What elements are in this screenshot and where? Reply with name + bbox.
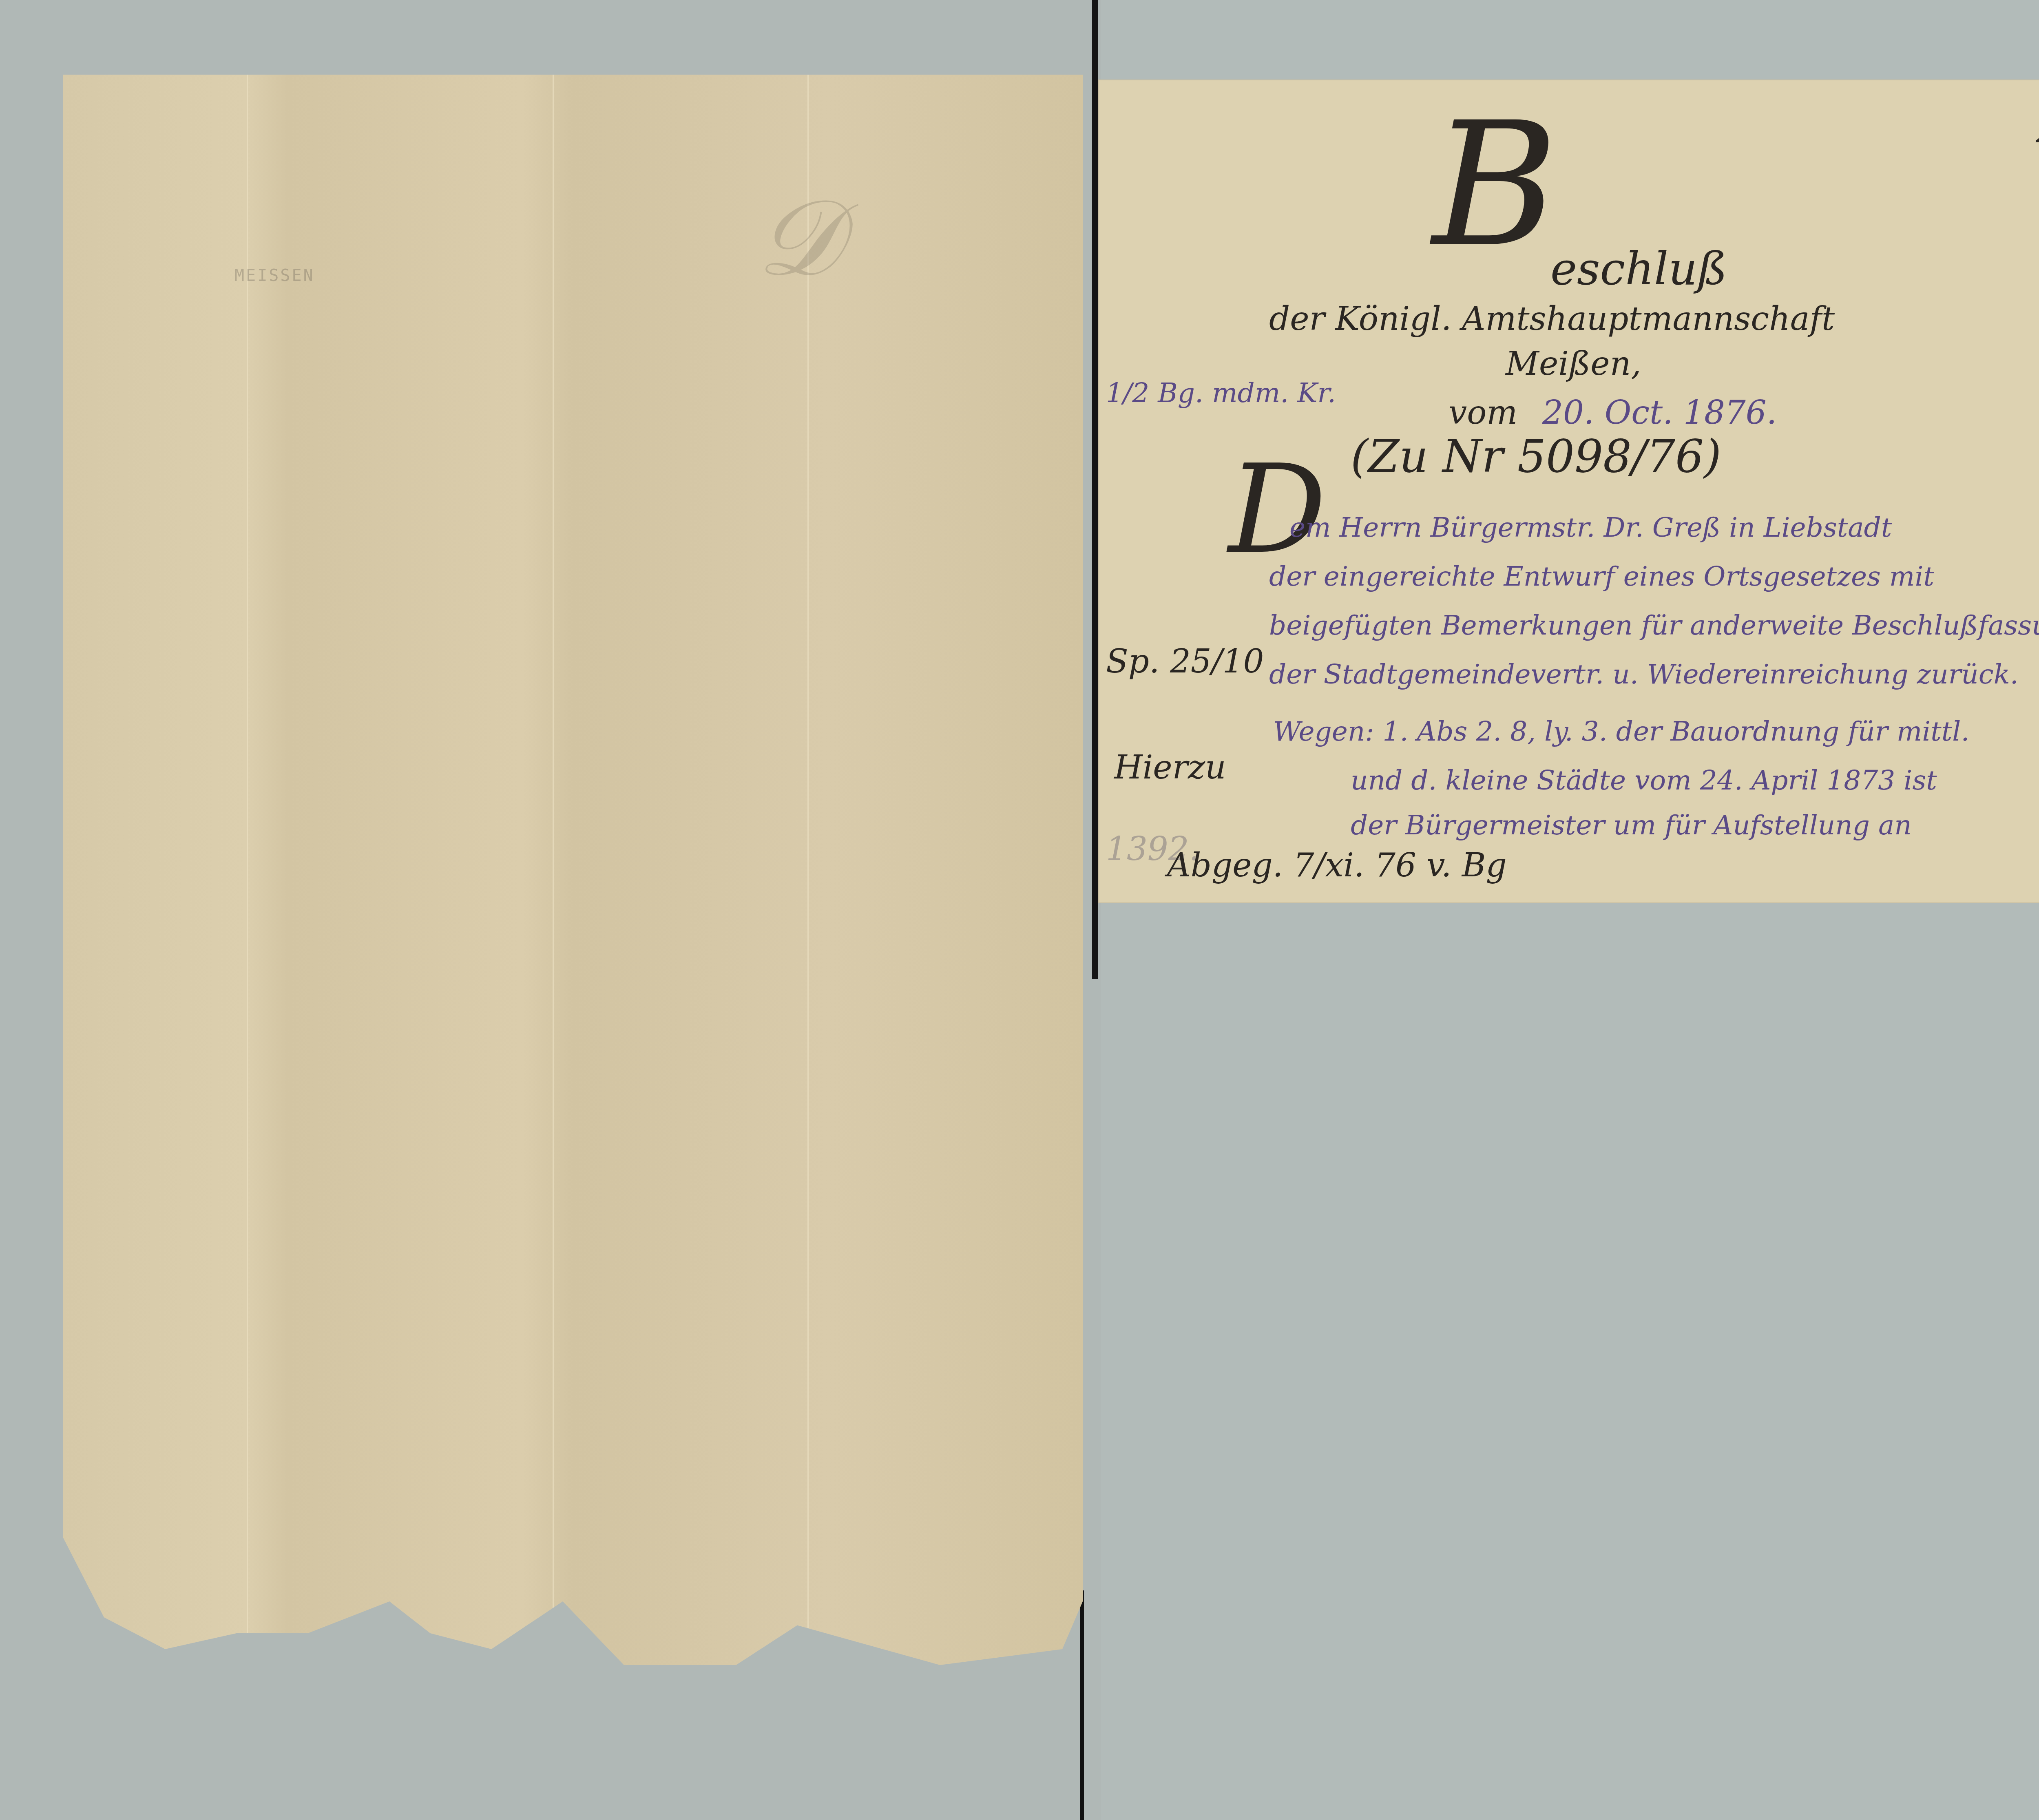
margin-note-top: 1/2 Bg. mdm. Kr. xyxy=(1106,377,1336,409)
folio-number: 2 xyxy=(2036,112,2039,150)
heading-authority: der Königl. Amtshauptmannschaft xyxy=(1269,300,1835,338)
fold-line xyxy=(807,75,809,1665)
left-page-verso: MEISSEN 𝒟 xyxy=(63,75,1083,1665)
stamp-bleedthrough: MEISSEN xyxy=(234,266,315,285)
heading-place: Meißen, xyxy=(1506,345,1641,383)
ghost-initial: 𝒟 xyxy=(756,177,841,301)
body-line: beigefügten Bemerkungen für anderweite B… xyxy=(1269,610,2039,641)
body-initial: D xyxy=(1228,438,1327,581)
footer-dispatch-note: Abgeg. 7/xi. 76 v. Bg xyxy=(1167,846,1507,884)
margin-note-hierzu: Hierzu xyxy=(1114,748,1226,786)
body-line: und d. kleine Städte vom 24. April 1873 … xyxy=(1351,765,1937,796)
binding-spine xyxy=(1092,0,1098,979)
fold-line xyxy=(553,75,554,1665)
margin-note-sp: Sp. 25/10 xyxy=(1106,642,1264,680)
date: 20. Oct. 1876. xyxy=(1542,394,1777,431)
body-line: der Bürgermeister um für Aufstellung an xyxy=(1351,809,1912,841)
body-line: Wegen: 1. Abs 2. 8, ly. 3. der Bauordnun… xyxy=(1273,716,1969,747)
fold-line xyxy=(247,75,248,1665)
reference-number: (Zu Nr 5098/76) xyxy=(1351,430,1721,482)
heading-initial: B xyxy=(1432,100,1558,271)
body-line: der eingereichte Entwurf eines Ortsgeset… xyxy=(1269,561,1934,592)
date-prefix: vom xyxy=(1449,394,1517,431)
body-line: der Stadtgemeindevertr. u. Wiedereinreic… xyxy=(1269,659,2019,690)
binding-spine-lower xyxy=(1080,1590,1084,1820)
right-page-recto: 2 B eschluß der Königl. Amtshauptmannsch… xyxy=(1098,80,2039,903)
body-line: em Herrn Bürgermstr. Dr. Greß in Liebsta… xyxy=(1289,512,1892,543)
heading-title: eschluß xyxy=(1550,243,1727,295)
